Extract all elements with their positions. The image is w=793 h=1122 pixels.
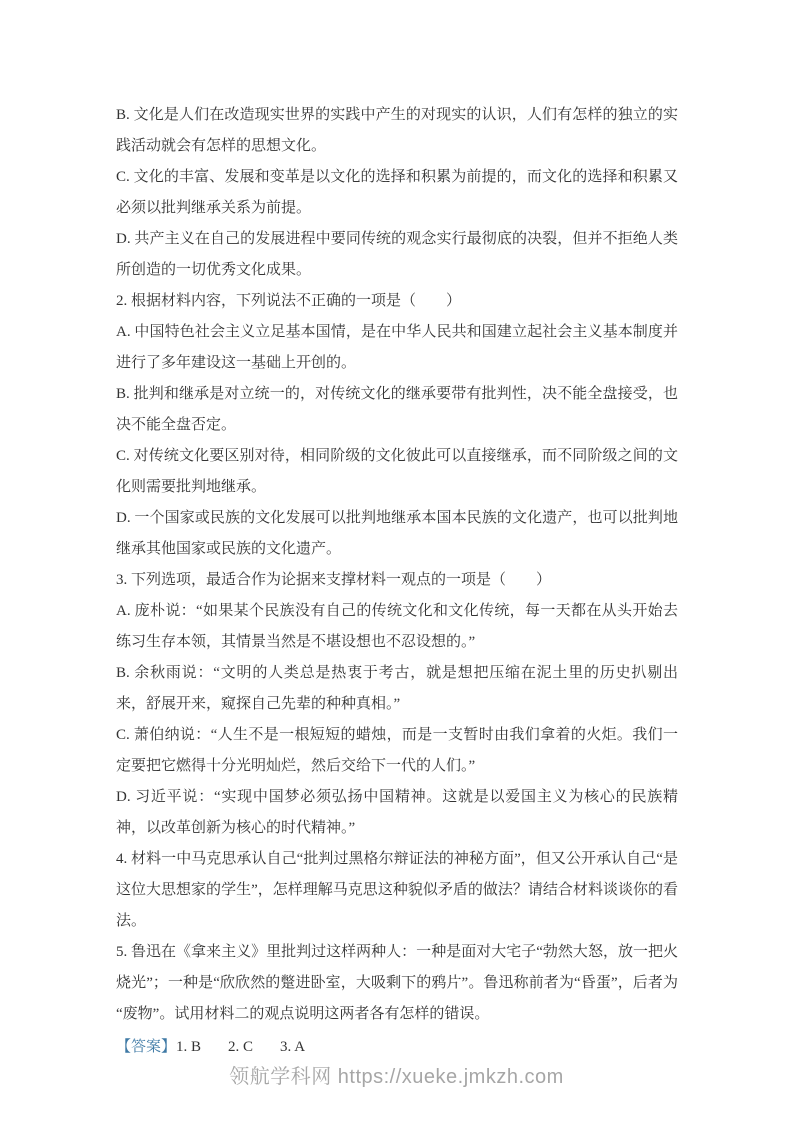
answer-value: 1. B	[176, 1039, 201, 1055]
paragraph: C. 对传统文化要区别对待，相同阶级的文化彼此可以直接继承，而不同阶级之间的文化…	[116, 441, 678, 503]
watermark: 领航学科网 https://xueke.jmkzh.com	[0, 1064, 793, 1090]
document-content: B. 文化是人们在改造现实世界的实践中产生的对现实的认识，人们有怎样的独立的实践…	[0, 0, 793, 1063]
answer-values: 1. B2. C3. A	[176, 1039, 305, 1055]
document-page: B. 文化是人们在改造现实世界的实践中产生的对现实的认识，人们有怎样的独立的实践…	[0, 0, 793, 1122]
paragraph: 4. 材料一中马克思承认自己“批判过黑格尔辩证法的神秘方面”，但又公开承认自己“…	[116, 844, 678, 937]
answer-value: 2. C	[228, 1039, 253, 1055]
paragraph: C. 文化的丰富、发展和变革是以文化的选择和积累为前提的，而文化的选择和积累又必…	[116, 162, 678, 224]
paragraph: D. 共产主义在自己的发展进程中要同传统的观念实行最彻底的决裂，但并不拒绝人类所…	[116, 224, 678, 286]
paragraph: C. 萧伯纳说：“人生不是一根短短的蜡烛，而是一支暂时由我们拿着的火炬。我们一定…	[116, 720, 678, 782]
paragraph: A. 中国特色社会主义立足基本国情，是在中华人民共和国建立起社会主义基本制度并进…	[116, 317, 678, 379]
paragraph: A. 庞朴说：“如果某个民族没有自己的传统文化和文化传统，每一天都在从头开始去练…	[116, 596, 678, 658]
paragraph: 3. 下列选项，最适合作为论据来支撑材料一观点的一项是（ ）	[116, 565, 678, 596]
paragraph: 2. 根据材料内容，下列说法不正确的一项是（ ）	[116, 286, 678, 317]
paragraph: B. 余秋雨说：“文明的人类总是热衷于考古，就是想把压缩在泥土里的历史扒剔出来，…	[116, 658, 678, 720]
paragraph: 5. 鲁迅在《拿来主义》里批判过这样两种人：一种是面对大宅子“勃然大怒，放一把火…	[116, 937, 678, 1030]
paragraph: D. 一个国家或民族的文化发展可以批判地继承本国本民族的文化遗产，也可以批判地继…	[116, 503, 678, 565]
paragraph: B. 文化是人们在改造现实世界的实践中产生的对现实的认识，人们有怎样的独立的实践…	[116, 100, 678, 162]
answer-row: 【答案】1. B2. C3. A	[116, 1032, 678, 1063]
paragraph: B. 批判和继承是对立统一的，对传统文化的继承要带有批判性，决不能全盘接受，也决…	[116, 379, 678, 441]
answer-label: 【答案】	[116, 1039, 176, 1055]
answer-value: 3. A	[280, 1039, 305, 1055]
paragraph: D. 习近平说：“实现中国梦必须弘扬中国精神。这就是以爱国主义为核心的民族精神，…	[116, 782, 678, 844]
question-paragraphs: B. 文化是人们在改造现实世界的实践中产生的对现实的认识，人们有怎样的独立的实践…	[116, 100, 678, 1030]
